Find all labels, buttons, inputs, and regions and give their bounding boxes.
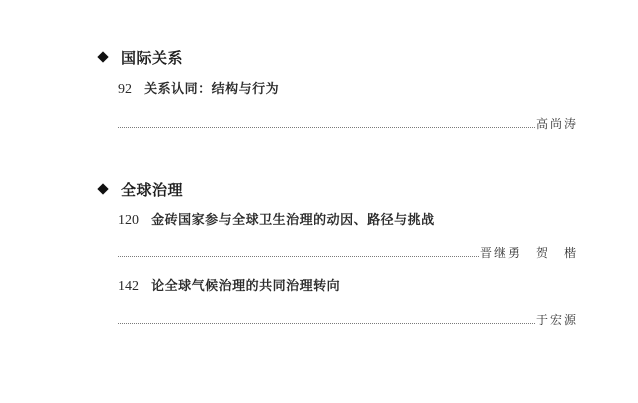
article-author: 晋继勇 贺 楷 xyxy=(479,245,578,261)
article-title: 关系认同：结构与行为 xyxy=(144,82,279,97)
section-heading-text: 国际关系 xyxy=(121,47,183,68)
article-title: 论全球气候治理的共同治理转向 xyxy=(151,279,340,294)
dotted-leader xyxy=(118,323,535,324)
page-number: 142 xyxy=(118,279,139,294)
article-author: 于宏源 xyxy=(535,312,578,328)
dotted-leader xyxy=(118,127,535,128)
article-title: 金砖国家参与全球卫生治理的动因、路径与挑战 xyxy=(151,213,435,228)
toc-entry-author-row: 高尚涛 xyxy=(118,116,578,132)
toc-entry-author-row: 晋继勇 贺 楷 xyxy=(118,245,578,261)
toc-entry-title[interactable]: 92 关系认同：结构与行为 xyxy=(118,81,279,99)
diamond-bullet-icon xyxy=(97,183,108,194)
page-number: 120 xyxy=(118,213,139,228)
diamond-bullet-icon xyxy=(97,51,108,62)
section-heading-text: 全球治理 xyxy=(121,179,183,200)
toc-entry-title[interactable]: 142 论全球气候治理的共同治理转向 xyxy=(118,278,340,296)
article-author: 高尚涛 xyxy=(535,116,578,132)
section-heading-international-relations: 国际关系 xyxy=(96,47,183,67)
section-heading-global-governance: 全球治理 xyxy=(96,179,183,199)
dotted-leader xyxy=(118,256,479,257)
toc-entry-title[interactable]: 120 金砖国家参与全球卫生治理的动因、路径与挑战 xyxy=(118,212,435,230)
page-number: 92 xyxy=(118,82,132,97)
toc-entry-author-row: 于宏源 xyxy=(118,312,578,328)
